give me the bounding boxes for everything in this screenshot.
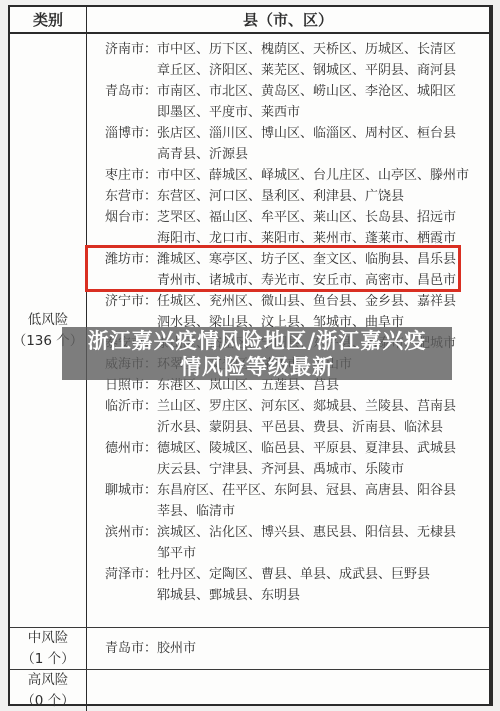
city-entry: 枣庄市：市中区、薛城区、峄城区、台儿庄区、山亭区、滕州市	[105, 165, 481, 186]
watermark-overlay: 浙江嘉兴疫情风险地区/浙江嘉兴疫 情风险等级最新	[62, 327, 452, 380]
district-line-cont: 即墨区、平度市、莱西市	[105, 102, 481, 123]
city-entry: 青岛市：胶州市	[105, 638, 196, 659]
district-line-first: 青岛市：胶州市	[105, 638, 196, 659]
city-entry: 东营市：东营区、河口区、垦利区、利津县、广饶县	[105, 186, 481, 207]
table-header: 类别 县（市、区）	[10, 7, 489, 34]
city-name: 德州市：	[105, 441, 157, 456]
district-list-cell: 青岛市：胶州市	[87, 628, 489, 669]
district-line-cont: 邹平市	[105, 543, 481, 564]
city-name: 潍坊市：	[105, 252, 157, 267]
city-name: 烟台市：	[105, 210, 157, 225]
risk-level-name: 中风险	[28, 628, 69, 649]
district-line-first: 滨州市：滨城区、沾化区、博兴县、惠民县、阳信县、无棣县	[105, 522, 481, 543]
district-line-first: 潍坊市：潍城区、寒亭区、坊子区、奎文区、临朐县、昌乐县	[105, 249, 481, 270]
district-line-first: 德州市：德城区、陵城区、临邑县、平原县、夏津县、武城县	[105, 438, 481, 459]
district-line-first: 聊城市：东昌府区、茌平区、东阿县、冠县、高唐县、阳谷县	[105, 480, 481, 501]
risk-level-count: （1 个）	[21, 649, 74, 670]
district-line-first: 济宁市：任城区、兖州区、微山县、鱼台县、金乡县、嘉祥县	[105, 291, 481, 312]
district-line-first: 枣庄市：市中区、薛城区、峄城区、台儿庄区、山亭区、滕州市	[105, 165, 481, 186]
risk-level-label-cell: 高风险 （0 个）	[10, 670, 87, 711]
city-name: 青岛市：	[105, 641, 157, 656]
city-entry: 济南市：市中区、历下区、槐荫区、天桥区、历城区、长清区章丘区、济阳区、莱芜区、钢…	[105, 39, 481, 81]
district-line-cont: 庆云县、宁津县、齐河县、禹城市、乐陵市	[105, 459, 481, 480]
district-line-cont: 青州市、诸城市、寿光市、安丘市、高密市、昌邑市	[105, 270, 481, 291]
city-name: 滨州市：	[105, 525, 157, 540]
district-line-first: 菏泽市：牡丹区、定陶区、曹县、单县、成武县、巨野县	[105, 564, 481, 585]
watermark-line-2: 情风险等级最新	[180, 354, 334, 380]
city-entry: 滨州市：滨城区、沾化区、博兴县、惠民县、阳信县、无棣县邹平市	[105, 522, 481, 564]
district-line-cont: 郓城县、鄄城县、东明县	[105, 585, 481, 606]
city-entry: 临沂市：兰山区、罗庄区、河东区、郯城县、兰陵县、莒南县沂水县、蒙阴县、平邑县、费…	[105, 396, 481, 438]
district-line-cont: 莘县、临清市	[105, 501, 481, 522]
city-name: 日照市：	[105, 378, 157, 393]
city-name: 济南市：	[105, 42, 157, 57]
district-line-cont: 高青县、沂源县	[105, 144, 481, 165]
city-entry: 菏泽市：牡丹区、定陶区、曹县、单县、成武县、巨野县郓城县、鄄城县、东明县	[105, 564, 481, 606]
district-line-cont: 章丘区、济阳区、莱芜区、钢城区、平阴县、商河县	[105, 60, 481, 81]
district-line-first: 东营市：东营区、河口区、垦利区、利津县、广饶县	[105, 186, 481, 207]
city-entry: 聊城市：东昌府区、茌平区、东阿县、冠县、高唐县、阳谷县莘县、临清市	[105, 480, 481, 522]
city-name: 东营市：	[105, 189, 157, 204]
risk-section: 中风险 （1 个） 青岛市：胶州市	[10, 628, 489, 670]
district-list-cell	[87, 670, 489, 711]
district-line-cont: 海阳市、龙口市、莱阳市、莱州市、蓬莱市、栖霞市	[105, 228, 481, 249]
watermark-line-1: 浙江嘉兴疫情风险地区/浙江嘉兴疫	[88, 328, 427, 354]
district-line-cont: 沂水县、蒙阴县、平邑县、费县、沂南县、临沭县	[105, 417, 481, 438]
header-county: 县（市、区）	[87, 7, 489, 32]
city-entry: 青岛市：市南区、市北区、黄岛区、崂山区、李沧区、城阳区即墨区、平度市、莱西市	[105, 81, 481, 123]
risk-level-label-cell: 中风险 （1 个）	[10, 628, 87, 669]
city-entry: 德州市：德城区、陵城区、临邑县、平原县、夏津县、武城县庆云县、宁津县、齐河县、禹…	[105, 438, 481, 480]
district-line-first: 淄博市：张店区、淄川区、博山区、临淄区、周村区、桓台县	[105, 123, 481, 144]
district-line-first: 青岛市：市南区、市北区、黄岛区、崂山区、李沧区、城阳区	[105, 81, 481, 102]
district-line-first: 济南市：市中区、历下区、槐荫区、天桥区、历城区、长清区	[105, 39, 481, 60]
risk-section: 高风险 （0 个）	[10, 670, 489, 711]
risk-level-name: 高风险	[28, 670, 69, 691]
city-entry: 淄博市：张店区、淄川区、博山区、临淄区、周村区、桓台县高青县、沂源县	[105, 123, 481, 165]
city-name: 枣庄市：	[105, 168, 157, 183]
city-name: 淄博市：	[105, 126, 157, 141]
city-name: 聊城市：	[105, 483, 157, 498]
city-entry: 烟台市：芝罘区、福山区、牟平区、莱山区、长岛县、招远市海阳市、龙口市、莱阳市、莱…	[105, 207, 481, 249]
risk-level-table-page: 类别 县（市、区） 低风险 （136 个） 济南市：市中区、历下区、槐荫区、天桥…	[0, 0, 500, 711]
district-line-first: 烟台市：芝罘区、福山区、牟平区、莱山区、长岛县、招远市	[105, 207, 481, 228]
header-category: 类别	[10, 7, 87, 32]
city-entry: 潍坊市：潍城区、寒亭区、坊子区、奎文区、临朐县、昌乐县青州市、诸城市、寿光市、安…	[105, 249, 481, 291]
city-name: 济宁市：	[105, 294, 157, 309]
city-name: 临沂市：	[105, 399, 157, 414]
city-name: 青岛市：	[105, 84, 157, 99]
risk-level-count: （0 个）	[21, 691, 74, 711]
city-name: 菏泽市：	[105, 567, 157, 582]
district-line-first: 临沂市：兰山区、罗庄区、河东区、郯城县、兰陵县、莒南县	[105, 396, 481, 417]
